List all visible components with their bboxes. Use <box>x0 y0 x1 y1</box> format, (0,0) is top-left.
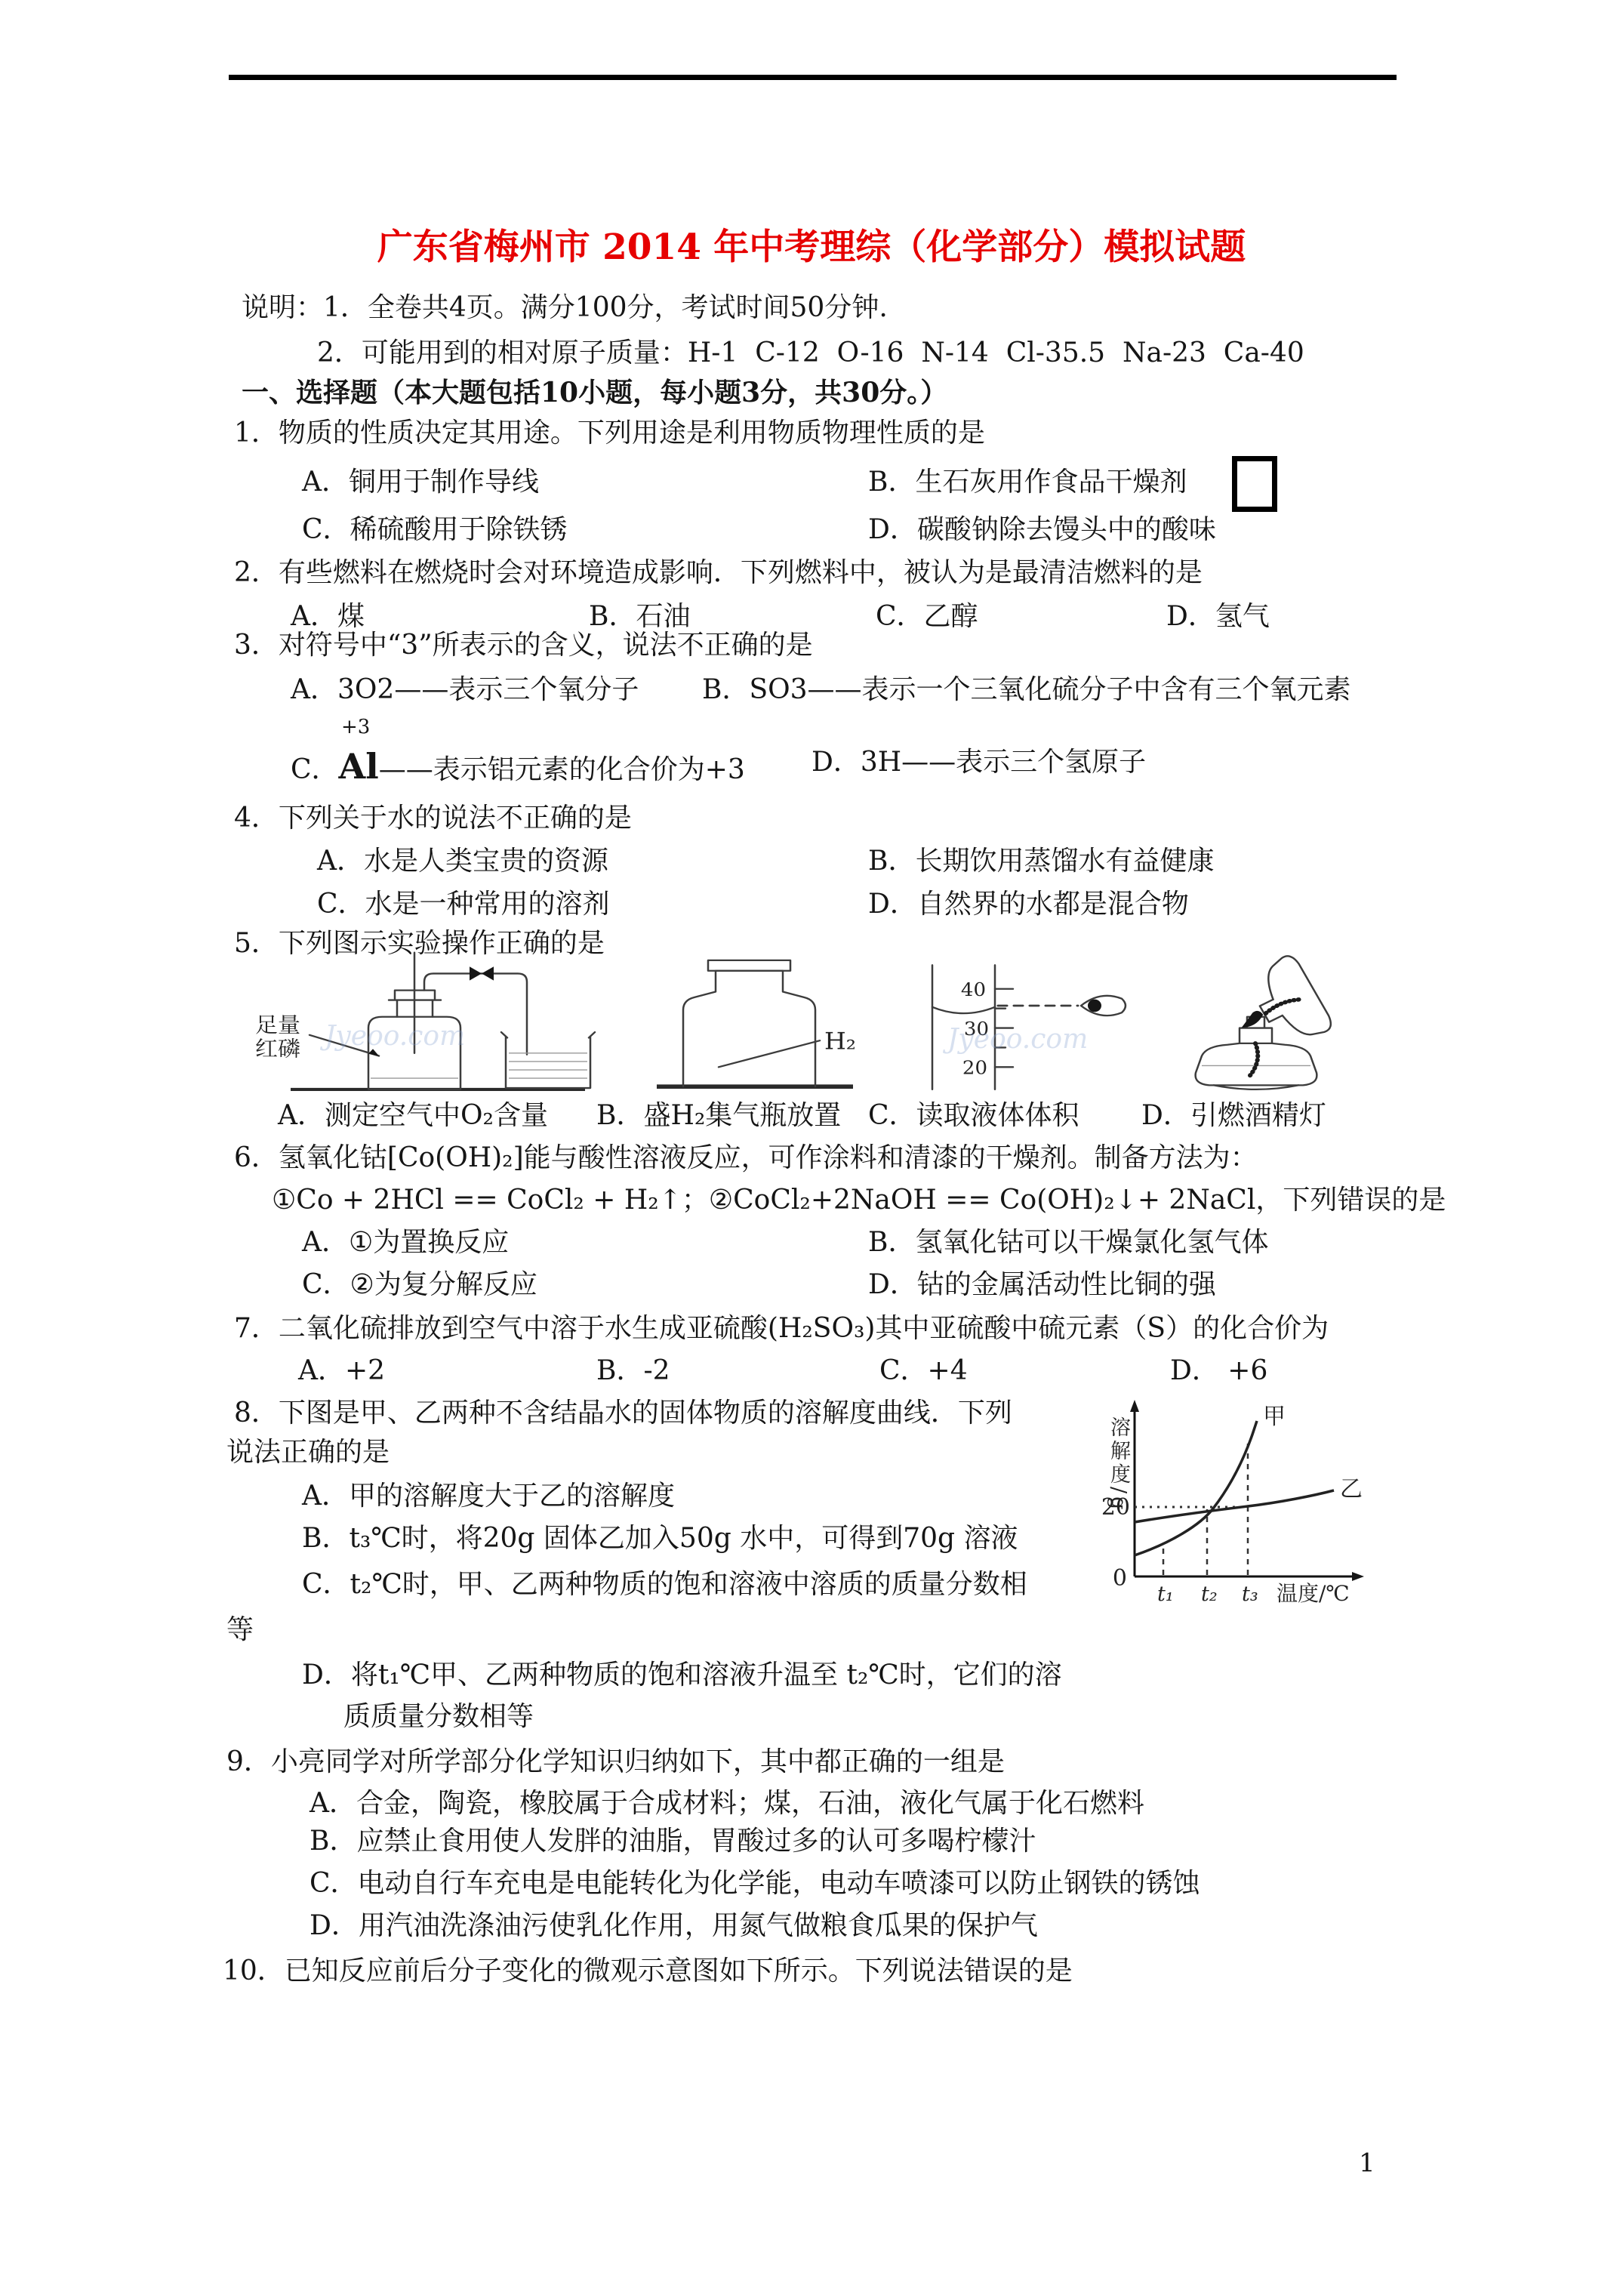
q8-stem-line1: 8．下图是甲、乙两种不含结晶水的固体物质的溶解度曲线．下列 <box>234 1397 1012 1429</box>
q7-stem: 7．二氧化硫排放到空气中溶于水生成亚硫酸(H₂SO₃)其中亚硫酸中硫元素（S）的… <box>234 1312 1329 1345</box>
q2-option-c: C．乙醇 <box>876 600 978 633</box>
hydrogen-gas-label: H₂ <box>824 1028 856 1055</box>
q2-option-a: A．煤 <box>291 600 365 633</box>
page-title: 广东省梅州市 2014 年中考理综（化学部分）模拟试题 <box>0 219 1623 270</box>
q6-stem: 6．氢氧化钴[Co(OH)₂]能与酸性溶液反应，可作涂料和清漆的干燥剂。制备方法… <box>234 1142 1258 1174</box>
eye-icon <box>1081 996 1126 1015</box>
red-phosphorus-label-line2: 红磷 <box>255 1037 300 1062</box>
q2-stem: 2．有些燃料在燃烧时会对环境造成影响．下列燃料中，被认为是最清洁燃料的是 <box>234 556 1203 589</box>
q8-option-b: B．t₃℃时，将20g 固体乙加入50g 水中，可得到70g 溶液 <box>302 1522 1018 1555</box>
section-heading: 一、选择题（本大题包括10小题，每小题3分，共30分。） <box>242 377 947 409</box>
q4-option-d: D．自然界的水都是混合物 <box>868 888 1189 920</box>
q2-option-b: B．石油 <box>589 600 690 633</box>
tick-t1: t₁ <box>1157 1583 1174 1606</box>
solubility-chart: 20 0 甲 乙 t₁ t₂ t₃ 温度/℃ <box>1098 1395 1453 1614</box>
q5-caption-d: D．引燃酒精灯 <box>1141 1099 1326 1132</box>
q1-option-d: D．碳酸钠除去馒头中的酸味 <box>868 513 1216 546</box>
q9-stem: 9．小亮同学对所学部分化学知识归纳如下，其中都正确的一组是 <box>226 1746 1005 1778</box>
q5-caption-a: A．测定空气中O₂含量 <box>278 1099 548 1132</box>
tick-t2: t₂ <box>1201 1583 1218 1606</box>
page-number: 1 <box>1359 2148 1375 2178</box>
tick-t3: t₃ <box>1242 1583 1258 1606</box>
q7-option-d: D． +6 <box>1170 1354 1267 1387</box>
label-jia: 甲 <box>1263 1404 1286 1430</box>
q3-option-c-text: ——表示铝元素的化合价为+3 <box>379 754 745 785</box>
tick-0: 0 <box>1113 1565 1127 1592</box>
q3-option-a: A．3O2——表示三个氧分子 <box>291 673 639 706</box>
label-yi: 乙 <box>1340 1476 1363 1502</box>
flame-icon <box>1237 1009 1266 1030</box>
q6-option-a: A．①为置换反应 <box>302 1226 509 1259</box>
q8-stem-line2: 说法正确的是 <box>226 1436 390 1469</box>
q4-option-b: B．长期饮用蒸馏水有益健康 <box>868 845 1214 877</box>
q3-valence-superscript: +3 <box>341 716 370 738</box>
red-phosphorus-label-line1: 足量 <box>255 1012 300 1037</box>
q8-option-c-wrap: 等 <box>226 1613 254 1646</box>
x-axis-arrow <box>1352 1572 1364 1581</box>
tilted-lamp <box>1219 953 1335 1063</box>
instructions-line-2: 2．可能用到的相对原子质量：H-1 C-12 O-16 N-14 Cl-35.5… <box>317 337 1304 369</box>
q1-option-a: A．铜用于制作导线 <box>302 466 539 498</box>
q10-stem: 10．已知反应前后分子变化的微观示意图如下所示。下列说法错误的是 <box>223 1955 1073 1987</box>
figure-alcohol-lamp <box>1196 953 1335 1089</box>
q1-stem: 1．物质的性质决定其用途。下列用途是利用物质物理性质的是 <box>234 417 985 449</box>
curve-jia <box>1135 1421 1257 1555</box>
q2-option-d: D．氢气 <box>1166 600 1270 633</box>
q1-option-c: C．稀硫酸用于除铁锈 <box>302 513 568 546</box>
q3-option-d: D．3H——表示三个氢原子 <box>811 746 1146 778</box>
q9-option-b: B．应禁止食用使人发胖的油脂，胃酸过多的认可多喝柠檬汁 <box>310 1825 1036 1857</box>
q9-option-c: C．电动自行车充电是电能转化为化学能，电动车喷漆可以防止钢铁的锈蚀 <box>310 1867 1200 1900</box>
y-axis-arrow <box>1130 1400 1139 1412</box>
q8-option-d-wrap: 质质量分数相等 <box>343 1700 534 1733</box>
cylinder-mark-40: 40 <box>961 979 986 1000</box>
q9-option-d: D．用汽油洗涤油污使乳化作用，用氮气做粮食瓜果的保护气 <box>310 1909 1038 1942</box>
watermark: Jyeoo.com <box>947 1024 1088 1055</box>
q8-option-d: D．将t₁℃甲、乙两种物质的饱和溶液升温至 t₂℃时，它们的溶 <box>302 1659 1062 1691</box>
q8-option-c: C．t₂℃时，甲、乙两种物质的饱和溶液中溶质的质量分数相 <box>302 1568 1027 1601</box>
cylinder-mark-20: 20 <box>962 1057 987 1078</box>
q6-option-d: D．钴的金属活动性比铜的强 <box>868 1268 1216 1301</box>
cursor-box <box>1232 456 1277 512</box>
q7-option-c: C．+4 <box>879 1354 968 1387</box>
q4-stem: 4．下列关于水的说法不正确的是 <box>234 802 632 834</box>
chart-xlabel: 温度/℃ <box>1277 1581 1350 1606</box>
q9-option-a: A．合金，陶瓷，橡胶属于合成材料；煤，石油，液化气属于化石燃料 <box>310 1787 1144 1820</box>
q1-option-b: B．生石灰用作食品干燥剂 <box>868 466 1187 498</box>
q7-option-a: A．+2 <box>298 1354 385 1387</box>
q5-caption-b: B．盛H₂集气瓶放置 <box>596 1099 841 1132</box>
q3-option-c-label: C． <box>291 754 339 785</box>
exam-page: 广东省梅州市 2014 年中考理综（化学部分）模拟试题 说明：1．全卷共4页。满… <box>0 0 1623 2296</box>
q3-stem: 3．对符号中“3”所表示的含义，说法不正确的是 <box>234 629 813 661</box>
q6-option-c: C．②为复分解反应 <box>302 1268 537 1301</box>
q3-option-c: C．Al——表示铝元素的化合价为+3 <box>291 746 745 787</box>
q6-equation: ①Co + 2HCl == CoCl₂ + H₂↑；②CoCl₂+2NaOH =… <box>272 1184 1446 1216</box>
q8-option-a: A．甲的溶解度大于乙的溶解度 <box>302 1480 675 1512</box>
q3-option-b: B．SO3——表示一个三氧化硫分子中含有三个氧元素 <box>702 673 1351 706</box>
top-rule <box>229 75 1397 80</box>
q5-caption-c: C．读取液体体积 <box>868 1099 1079 1132</box>
instructions-line-1: 说明：1．全卷共4页。满分100分，考试时间50分钟. <box>242 291 888 324</box>
q4-option-c: C．水是一种常用的溶剂 <box>317 888 610 920</box>
q7-option-b: B．-2 <box>596 1354 670 1387</box>
q4-option-a: A．水是人类宝贵的资源 <box>317 845 608 877</box>
q3-aluminium-symbol: Al <box>339 746 379 787</box>
q6-option-b: B．氢氧化钴可以干燥氯化氢气体 <box>868 1226 1268 1259</box>
watermark: Jyeoo.com <box>325 1021 465 1052</box>
pinch-clamp-icon <box>470 966 482 980</box>
figure-gas-bottle: H₂ <box>657 960 856 1086</box>
tick-20: 20 <box>1101 1494 1130 1521</box>
